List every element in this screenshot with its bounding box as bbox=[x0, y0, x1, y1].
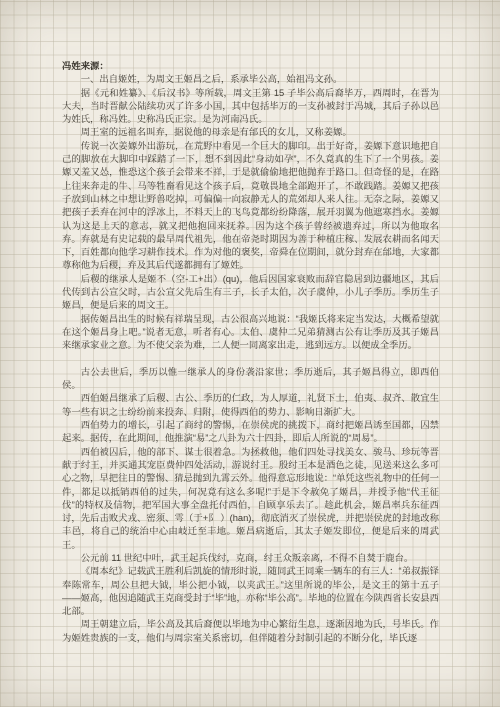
document-title: 冯姓来源： bbox=[62, 60, 439, 73]
paragraph: 周王室的远祖名叫弃，据说他的母亲是有邰氏的女儿，又称姜嫄。 bbox=[62, 126, 439, 139]
paragraph: 西伯势力的增长，引起了商纣的警惕，在崇侯虎的挑拨下，商纣把姬昌诱至国都，囚禁起来… bbox=[62, 419, 439, 446]
paragraph: 一、出自姬姓，为周文王姬昌之后，系承毕公高，始祖冯文孙。 bbox=[62, 73, 439, 86]
paragraph: 公元前 11 世纪中叶，武王起兵伐纣，克商，纣王众叛亲离，不得不自焚于鹿台。 bbox=[62, 552, 439, 565]
paragraph: 据传姬昌出生的时候有祥瑞呈现，古公很高兴地说：“我姬氏将来定当发达，大概希望就在… bbox=[62, 313, 439, 353]
paragraph: 传说一次姜嫄外出游玩，在荒野中看见一个巨大的脚印。出于好奇，姜嫄下意识地把自己的… bbox=[62, 140, 439, 273]
paragraph: 后稷的继承人是姬不（空-工+出）(qu)，他后因国家衰败而辞官隐居到边疆地区，其… bbox=[62, 273, 439, 313]
paragraph: 西伯被囚后，他的部下、谋士很着急。为拯救他，他们四处寻找美女、骏马、珍玩等晋献于… bbox=[62, 446, 439, 552]
paragraph: 据《元和姓纂》、《后汉书》等所载，周文王第 15 子毕公高后裔毕万，西周时，在晋… bbox=[62, 87, 439, 127]
paragraph: 周王朝建立后，毕公高及其后裔便以毕地为中心繁衍生息，逐渐因地为氏，号毕氏。作为姬… bbox=[62, 618, 439, 645]
document-text: 冯姓来源： 一、出自姬姓，为周文王姬昌之后，系承毕公高，始祖冯文孙。 据《元和姓… bbox=[62, 60, 439, 645]
grid-paper-background: 冯姓来源： 一、出自姬姓，为周文王姬昌之后，系承毕公高，始祖冯文孙。 据《元和姓… bbox=[0, 0, 500, 707]
paragraph: 《周本纪》记载武王胜利后凯旋的情形时说，随同武王同乘一辆车的有三人：“弟叔振铎奉… bbox=[62, 565, 439, 618]
paragraph: 西伯姬昌继承了后稷、古公、季历的仁政，为人厚道，礼贤下士，伯夷、叔齐、散宜生等一… bbox=[62, 392, 439, 419]
paragraph: 古公去世后，季历以惟一继承人的身份袭沿家世；季历逝后，其子姬昌得立，即西伯侯。 bbox=[62, 366, 439, 393]
